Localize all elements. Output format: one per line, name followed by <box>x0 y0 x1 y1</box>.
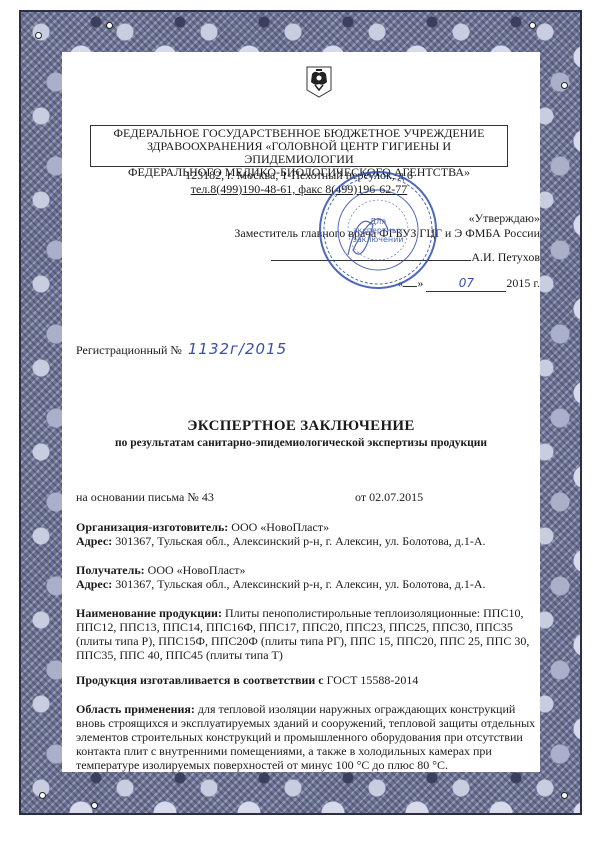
product-label: Наименование продукции: <box>76 606 222 620</box>
recipient-value: ООО «НовоПласт» <box>148 563 246 577</box>
document-subtitle: по результатам санитарно-эпидемиологичес… <box>62 437 540 449</box>
product-section: Наименование продукции: Плиты пенополист… <box>76 606 536 662</box>
scope-label: Область применения: <box>76 702 195 716</box>
border-ornament-dot <box>529 22 536 29</box>
manufacturer-section: Организация-изготовитель: ООО «НовоПласт… <box>76 520 536 548</box>
basis-letter: на основании письма № 43 <box>76 490 536 504</box>
recipient-address-label: Адрес: <box>76 577 112 591</box>
organization-header-box: ФЕДЕРАЛЬНОЕ ГОСУДАРСТВЕННОЕ БЮДЖЕТНОЕ УЧ… <box>90 125 508 167</box>
org-line: ЗДРАВООХРАНЕНИЯ «ГОЛОВНОЙ ЦЕНТР ГИГИЕНЫ … <box>91 140 507 166</box>
signatory-name: А.И. Петухов <box>471 250 540 264</box>
manufacturer-address-label: Адрес: <box>76 534 112 548</box>
document-title: ЭКСПЕРТНОЕ ЗАКЛЮЧЕНИЕ <box>62 418 540 435</box>
stamp-text: экспертных <box>353 226 403 235</box>
official-stamp-icon: Для экспертных заключений <box>318 170 438 290</box>
approval-year: 2015 г. <box>506 276 540 290</box>
registration-label: Регистрационный № <box>76 343 182 357</box>
basis-date: от 02.07.2015 <box>355 490 423 505</box>
manufacturer-address: 301367, Тульская обл., Алексинский р-н, … <box>115 534 485 548</box>
scope-section: Область применения: для тепловой изоляци… <box>76 702 536 772</box>
standard-section: Продукция изготавливается в соответствии… <box>76 673 536 687</box>
recipient-address: 301367, Тульская обл., Алексинский р-н, … <box>115 577 485 591</box>
org-address: 123182, г. Москва, 1-Пехотный переулок, … <box>90 168 508 183</box>
org-contacts: тел.8(499)190-48-61, факс 8(499)196-62-7… <box>90 182 508 197</box>
standard-value: ГОСТ 15588-2014 <box>327 673 419 687</box>
handwritten-month: 07 <box>459 276 474 290</box>
border-ornament-dot <box>91 802 98 809</box>
approve-label: «Утверждаю» <box>469 211 540 226</box>
recipient-label: Получатель: <box>76 563 145 577</box>
registration-handwritten: 1132г/2015 <box>188 340 287 358</box>
standard-label: Продукция изготавливается в соответствии… <box>76 673 324 687</box>
border-ornament-dot <box>106 22 113 29</box>
month-blank: 07 <box>426 276 506 292</box>
border-ornament-dot <box>39 792 46 799</box>
manufacturer-value: ООО «НовоПласт» <box>231 520 329 534</box>
border-ornament-dot <box>561 792 568 799</box>
manufacturer-label: Организация-изготовитель: <box>76 520 228 534</box>
recipient-section: Получатель: ООО «НовоПласт» Адрес: 30136… <box>76 563 536 591</box>
russian-coat-of-arms-icon <box>306 66 332 98</box>
border-ornament-dot <box>561 82 568 89</box>
border-ornament-dot <box>35 32 42 39</box>
registration-number: Регистрационный №1132г/2015 <box>76 340 287 358</box>
